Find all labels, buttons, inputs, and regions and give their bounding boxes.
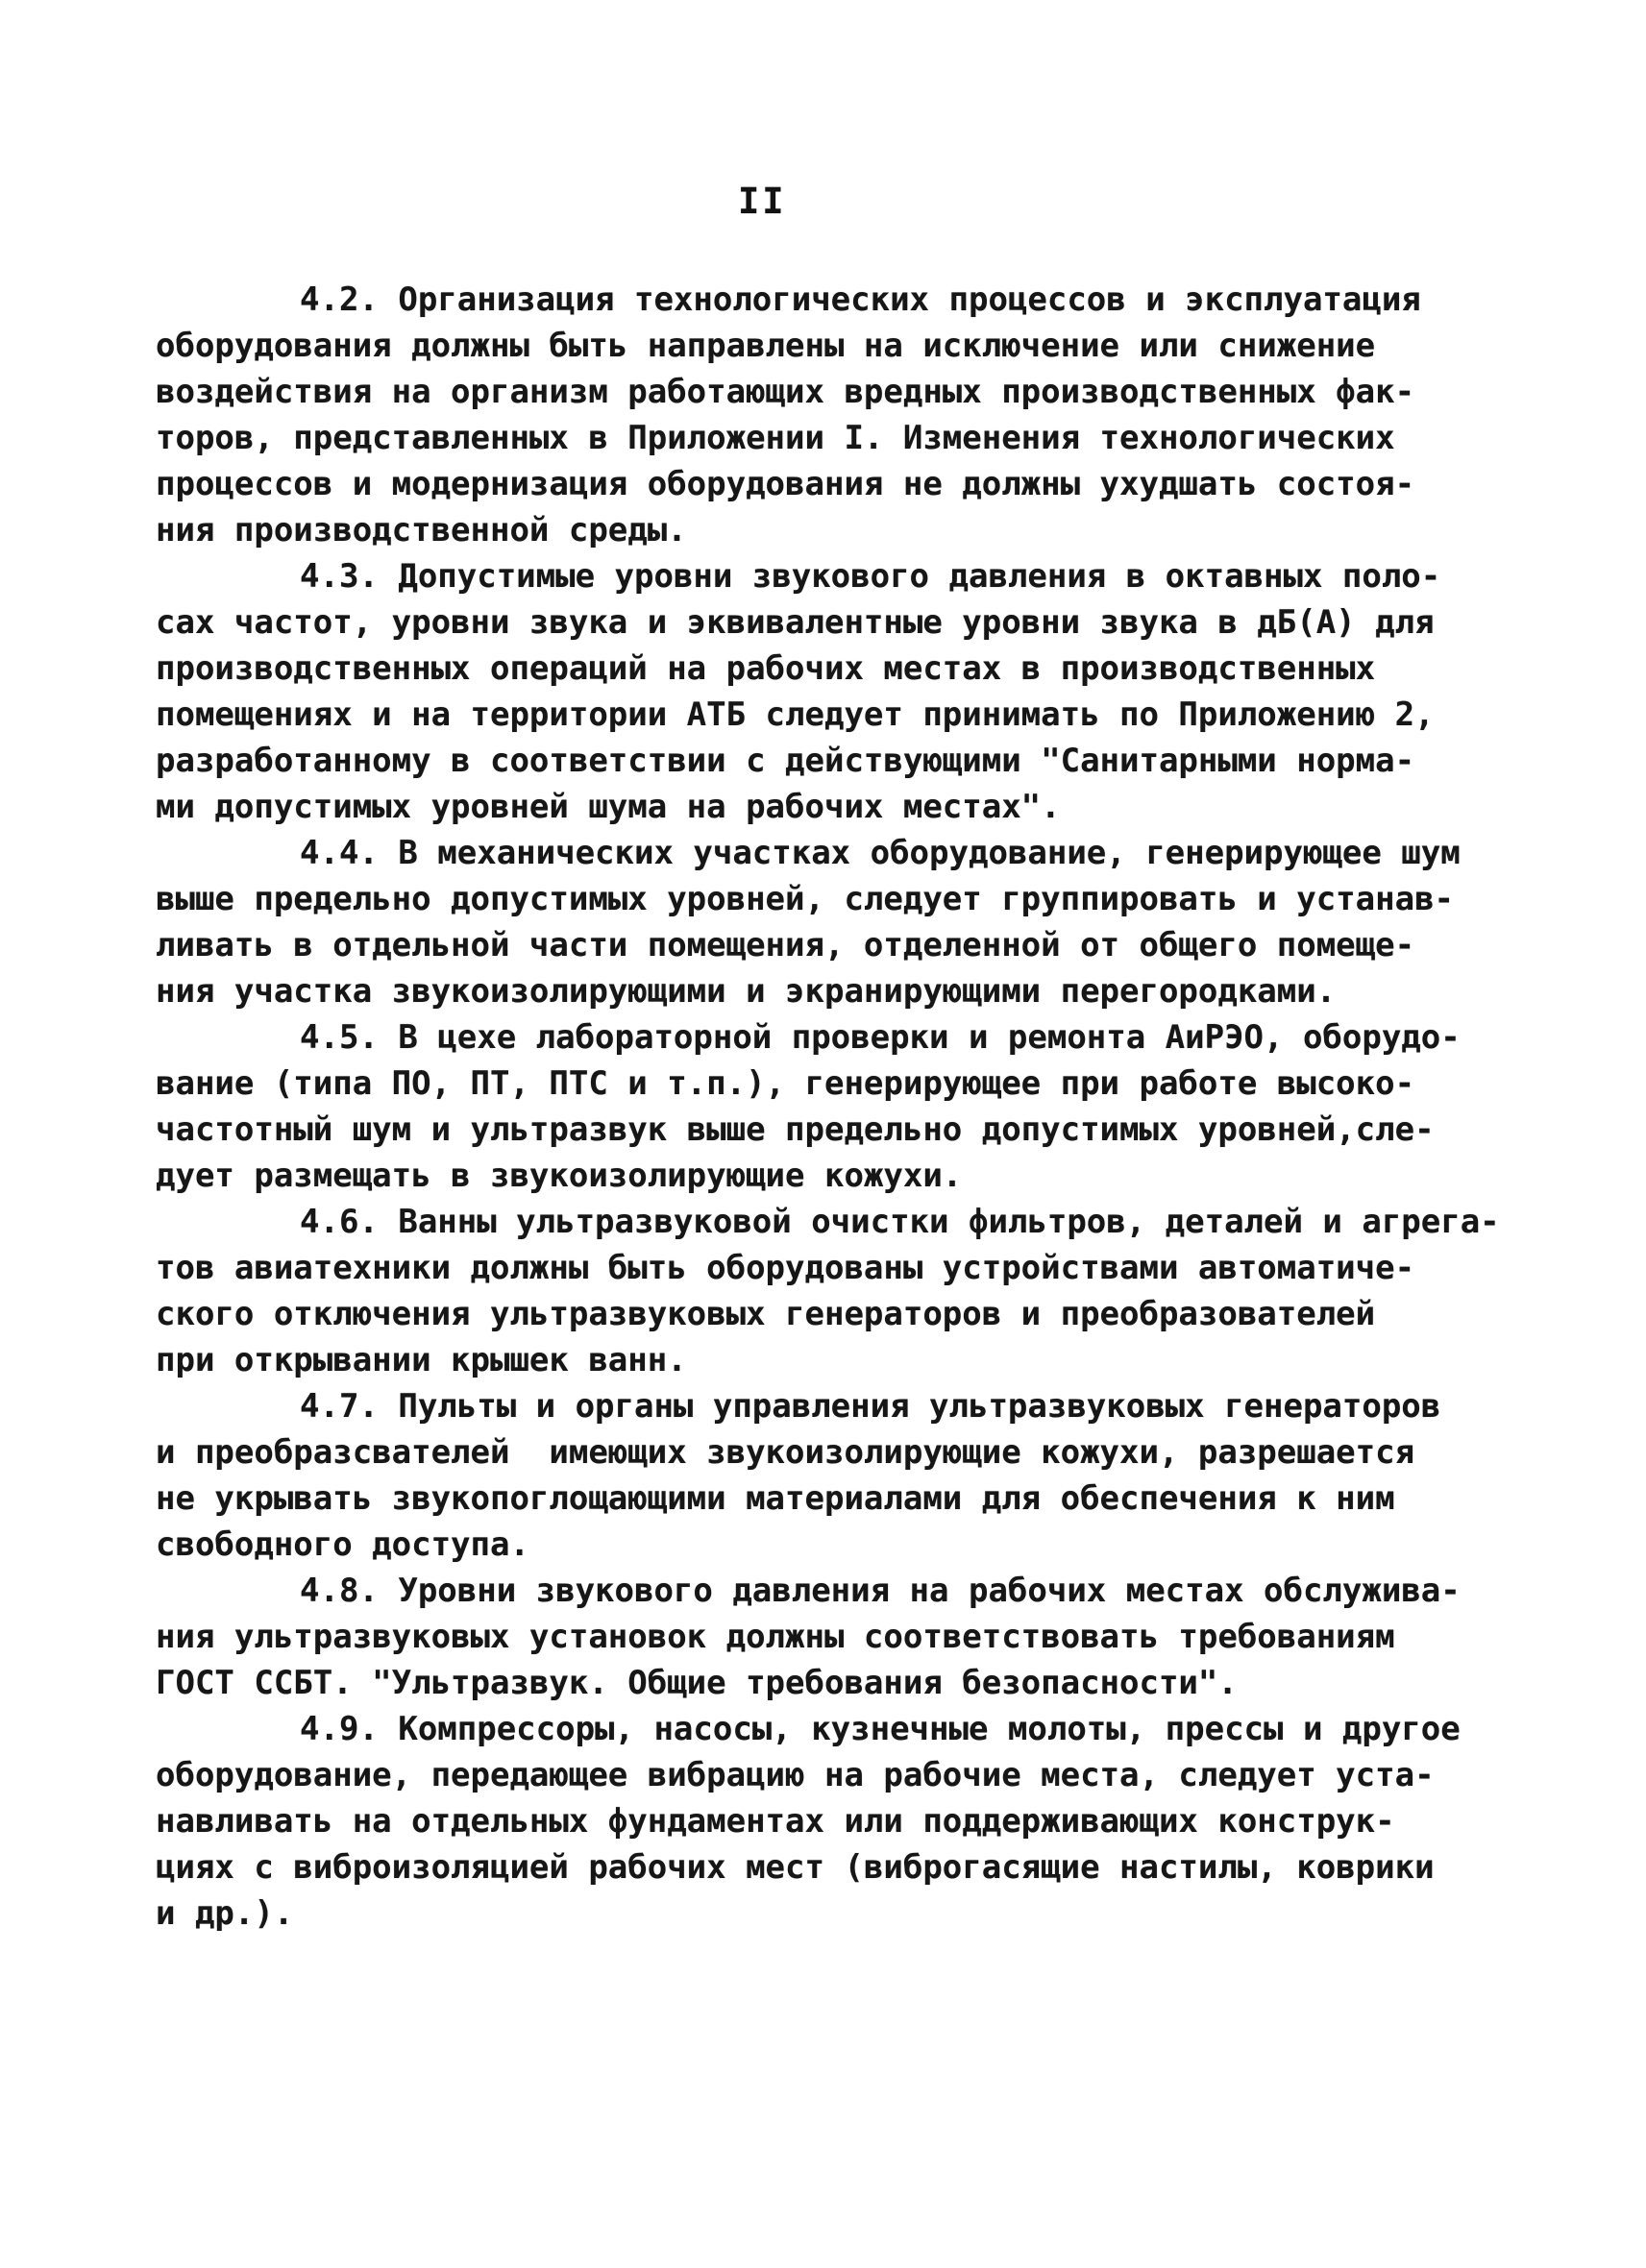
paragraph-4.9: 4.9. Компрессоры, насосы, кузнечные моло… bbox=[156, 1706, 1520, 1937]
text-line: воздействия на организм работающих вредн… bbox=[156, 369, 1520, 415]
text-line: ния производственной среды. bbox=[156, 507, 1520, 553]
text-line: разработанному в соответствии с действую… bbox=[156, 738, 1520, 784]
text-line: ния участка звукоизолирующими и экраниру… bbox=[156, 968, 1520, 1014]
text-line: выше предельно допустимых уровней, следу… bbox=[156, 876, 1520, 922]
text-line: при открывании крышек ванн. bbox=[156, 1337, 1520, 1383]
text-line: 4.4. В механических участках оборудовани… bbox=[156, 830, 1520, 876]
text-line: 4.8. Уровни звукового давления на рабочи… bbox=[156, 1568, 1520, 1614]
text-line: навливать на отдельных фундаментах или п… bbox=[156, 1798, 1520, 1844]
text-line: и др.). bbox=[156, 1890, 1520, 1937]
text-line: тов авиатехники должны быть оборудованы … bbox=[156, 1245, 1520, 1291]
text-line: ния ультразвуковых установок должны соот… bbox=[156, 1614, 1520, 1660]
paragraph-4.7: 4.7. Пульты и органы управления ультразв… bbox=[156, 1383, 1520, 1568]
page-number: II bbox=[738, 181, 787, 222]
text-line: вание (типа ПО, ПТ, ПТС и т.п.), генерир… bbox=[156, 1061, 1520, 1107]
scanned-document-page: II 4.2. Организация технологических проц… bbox=[0, 0, 1646, 2268]
text-line: оборудование, передающее вибрацию на раб… bbox=[156, 1752, 1520, 1798]
text-line: производственных операций на рабочих мес… bbox=[156, 646, 1520, 692]
text-line: 4.7. Пульты и органы управления ультразв… bbox=[156, 1383, 1520, 1429]
text-line: ливать в отдельной части помещения, отде… bbox=[156, 922, 1520, 968]
text-line: и преобразсвателей имеющих звукоизолирую… bbox=[156, 1429, 1520, 1475]
document-body: 4.2. Организация технологических процесс… bbox=[156, 277, 1520, 1937]
text-line: оборудования должны быть направлены на и… bbox=[156, 323, 1520, 369]
text-line: 4.2. Организация технологических процесс… bbox=[156, 277, 1520, 323]
paragraph-4.6: 4.6. Ванны ультразвуковой очистки фильтр… bbox=[156, 1199, 1520, 1383]
paragraph-4.4: 4.4. В механических участках оборудовани… bbox=[156, 830, 1520, 1014]
text-line: 4.9. Компрессоры, насосы, кузнечные моло… bbox=[156, 1706, 1520, 1752]
text-line: 4.3. Допустимые уровни звукового давлени… bbox=[156, 553, 1520, 599]
text-line: не укрывать звукопоглощающими материалам… bbox=[156, 1475, 1520, 1522]
text-line: ГОСТ ССБТ. "Ультразвук. Общие требования… bbox=[156, 1660, 1520, 1706]
paragraph-4.3: 4.3. Допустимые уровни звукового давлени… bbox=[156, 553, 1520, 830]
paragraph-4.2: 4.2. Организация технологических процесс… bbox=[156, 277, 1520, 553]
text-line: частотный шум и ультразвук выше предельн… bbox=[156, 1107, 1520, 1153]
paragraph-4.5: 4.5. В цехе лабораторной проверки и ремо… bbox=[156, 1014, 1520, 1199]
text-line: циях с виброизоляцией рабочих мест (вибр… bbox=[156, 1844, 1520, 1890]
text-line: ми допустимых уровней шума на рабочих ме… bbox=[156, 784, 1520, 830]
text-line: 4.5. В цехе лабораторной проверки и ремо… bbox=[156, 1014, 1520, 1061]
text-line: свободного доступа. bbox=[156, 1522, 1520, 1568]
text-line: ского отключения ультразвуковых генерато… bbox=[156, 1291, 1520, 1337]
paragraph-4.8: 4.8. Уровни звукового давления на рабочи… bbox=[156, 1568, 1520, 1706]
text-line: дует размещать в звукоизолирующие кожухи… bbox=[156, 1153, 1520, 1199]
text-line: помещениях и на территории АТБ следует п… bbox=[156, 692, 1520, 738]
text-line: 4.6. Ванны ультразвуковой очистки фильтр… bbox=[156, 1199, 1520, 1245]
text-line: сах частот, уровни звука и эквивалентные… bbox=[156, 599, 1520, 646]
text-line: торов, представленных в Приложении I. Из… bbox=[156, 415, 1520, 461]
text-line: процессов и модернизация оборудования не… bbox=[156, 461, 1520, 507]
